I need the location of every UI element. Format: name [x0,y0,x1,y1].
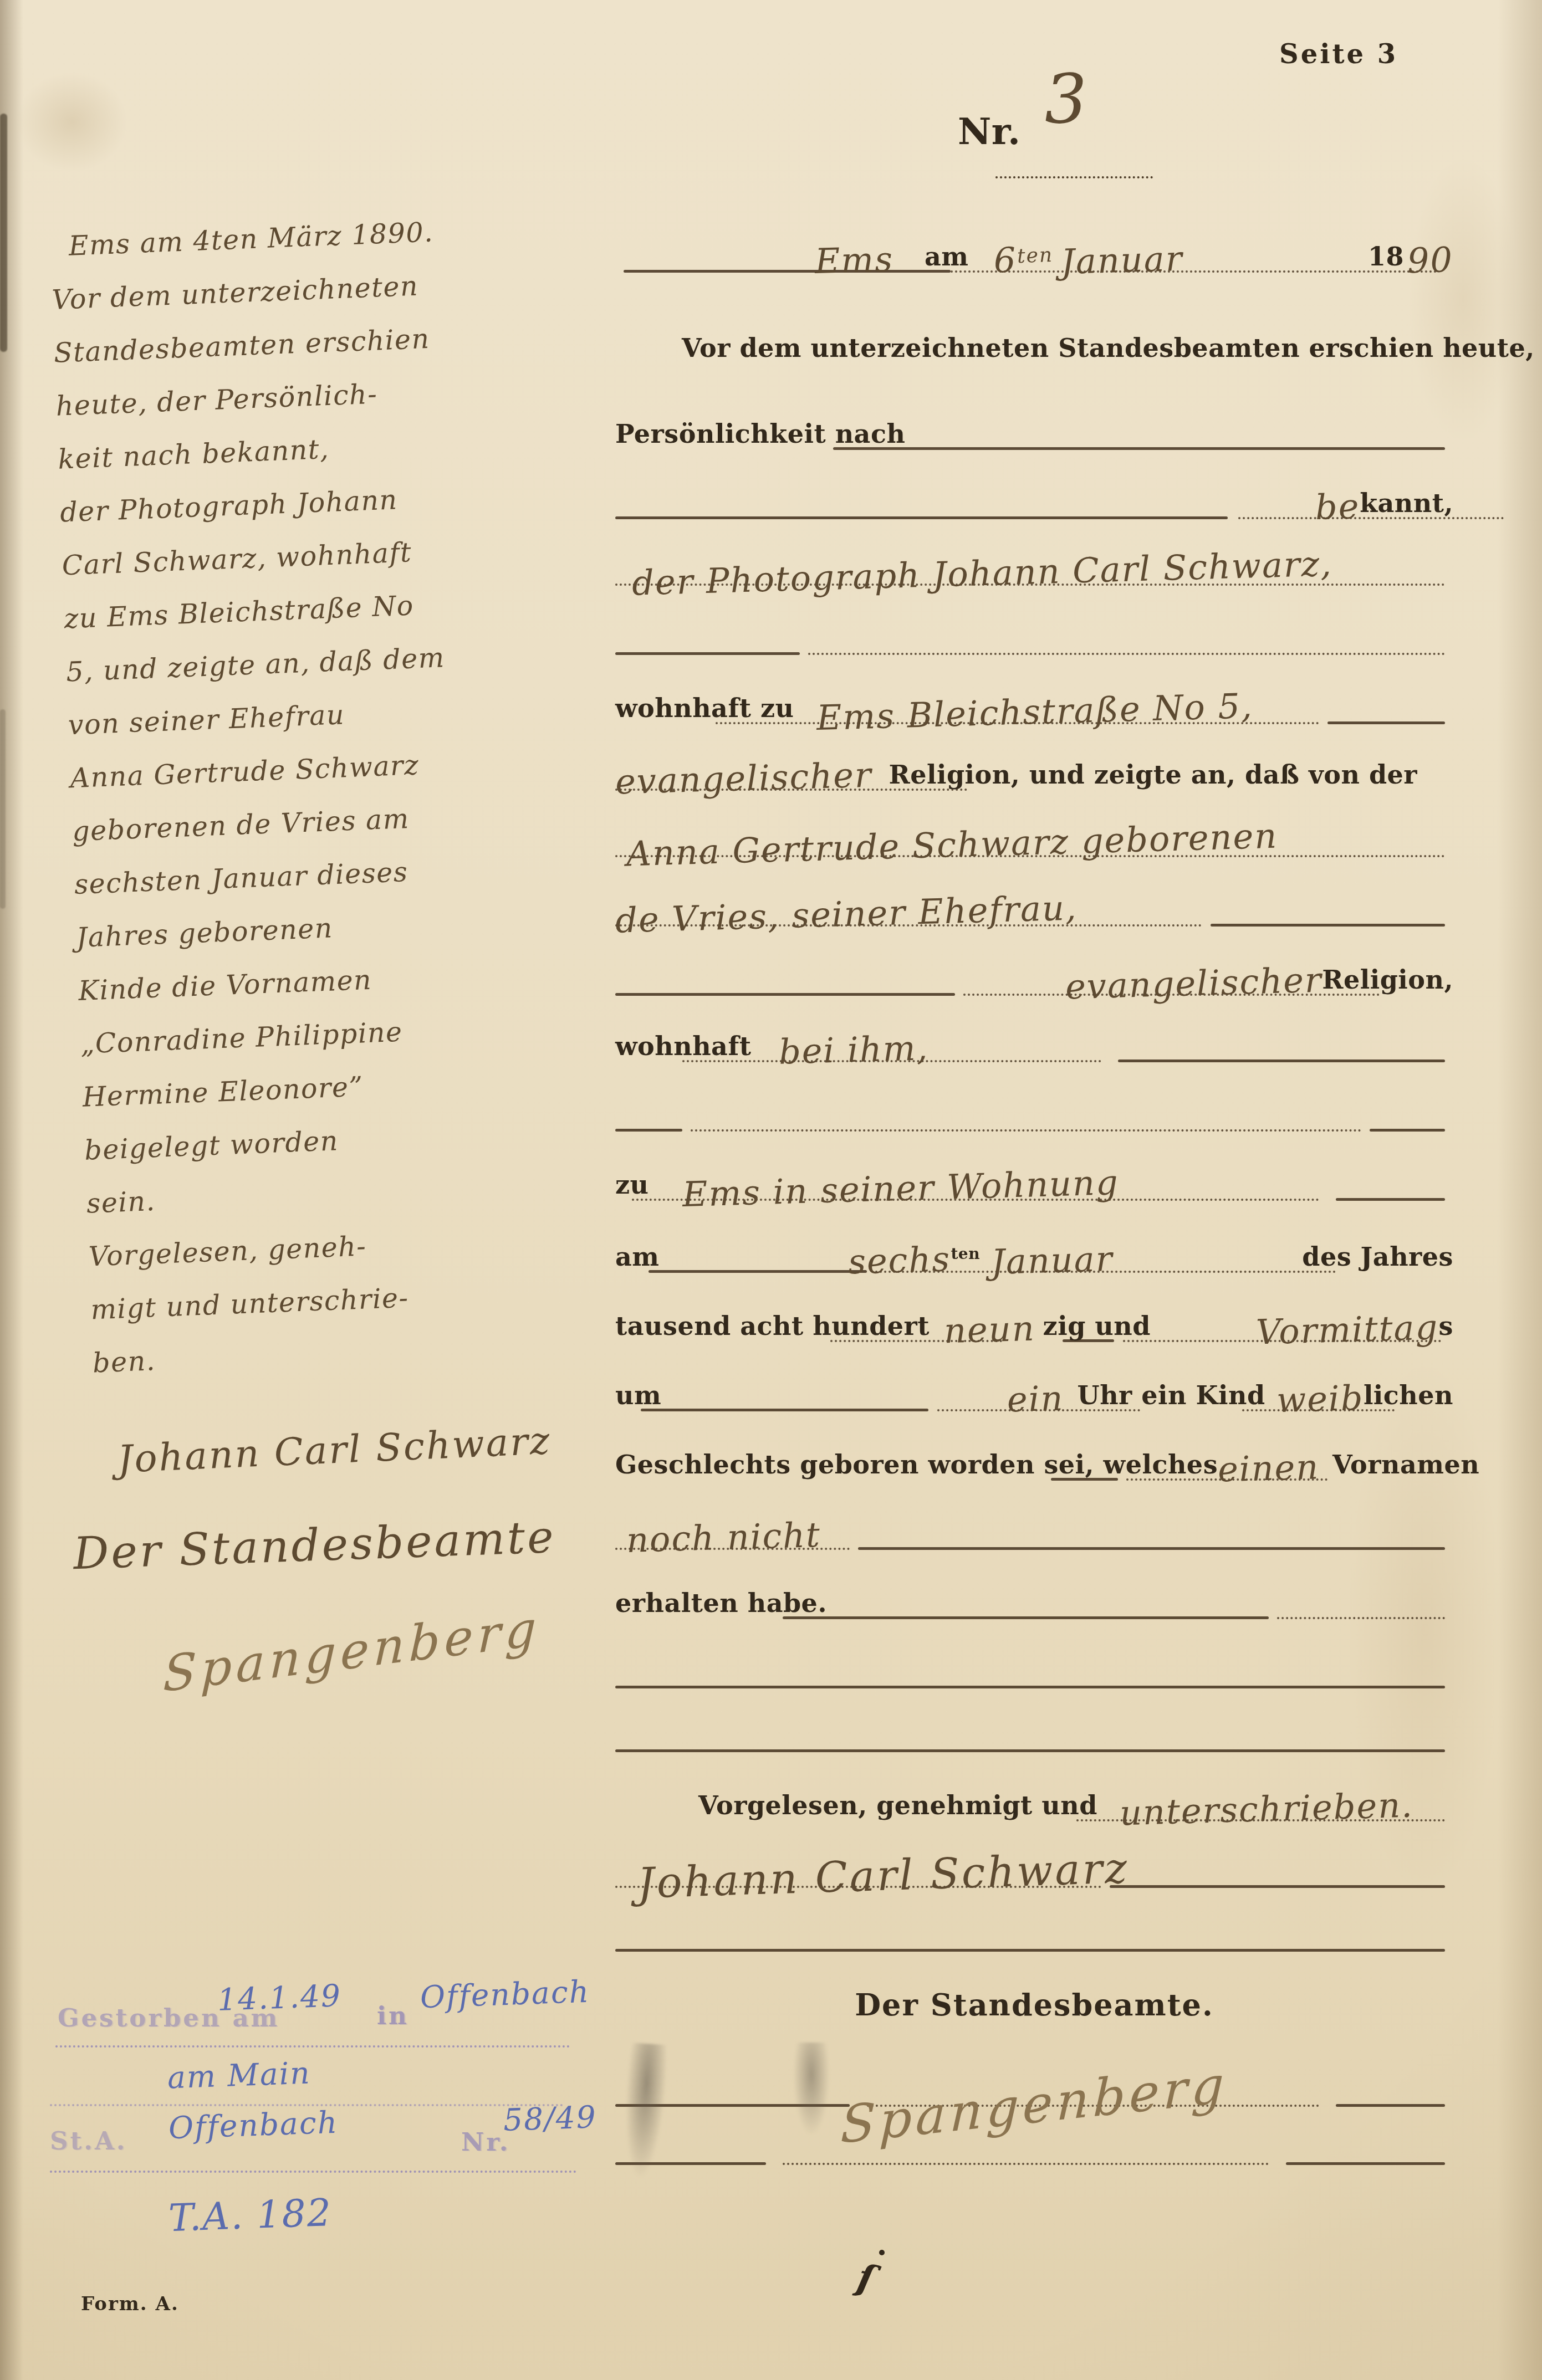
handwritten-text: der Photograph Johann Carl Schwarz, [631,543,1333,603]
form-line-22: Vorgelesen, genehmigt undunterschrieben. [615,1767,1453,1820]
record-number-rule [995,176,1153,178]
form-line-13: zuEms in seiner Wohnung [615,1147,1453,1200]
baseline-rule [1286,2162,1445,2165]
baseline-rule [833,447,1445,450]
form-line-5 [615,601,1453,654]
record-number-value: 3 [1043,59,1090,139]
printed-text: Religion, und zeigte an, daß von der [889,760,1417,790]
form-line-21 [615,1698,1453,1751]
printed-text: zu [615,1170,649,1200]
baseline-rule [951,270,1437,273]
handwritten-text: bei ihm, [779,1027,930,1072]
baseline-rule [1336,2104,1445,2107]
stamp-death-place: Offenbach [420,1974,590,2015]
form-line-4: der Photograph Johann Carl Schwarz, [615,531,1453,585]
handwritten-text: noch nicht [626,1514,821,1560]
form-line-26: Spangenberg [615,2053,1453,2106]
page-binding-edge [0,114,7,352]
ink-blot [794,2043,829,2134]
stamp-rule [50,2171,576,2173]
baseline-rule [1277,1617,1444,1619]
form-type-label: Form. A. [81,2293,179,2315]
baseline-rule [1110,1885,1445,1888]
handwritten-text: evangelischer [615,755,872,802]
printed-text: 18 [1368,242,1404,272]
stamp-rule [55,2045,570,2048]
baseline-rule [1118,1060,1445,1062]
form-line-19: erhalten habe. [615,1565,1453,1618]
form-line-2: Persönlichkeit nach [615,396,1453,449]
baseline-rule [615,652,800,655]
page-number: Seite 3 [1279,39,1398,70]
baseline-rule [783,2163,1269,2165]
form-line-17: Geschlechts geboren worden sei, welchese… [615,1426,1453,1480]
printed-text: Religion, [1322,965,1453,995]
registry-nr-value: 58/49 [503,2099,598,2138]
form-line-11: wohnhaftbei ihm, [615,1008,1453,1061]
printed-text: s [1439,1311,1453,1341]
printed-text: erhalten habe. [615,1588,827,1618]
form-line-7: evangelischerReligion, und zeigte an, da… [615,736,1453,790]
margin-note: Ems am 4ten März 1890.Vor dem unterzeich… [49,199,653,1390]
page-binding-edge [0,709,6,909]
printed-text: lichen [1364,1380,1453,1410]
baseline-rule [1211,924,1445,927]
handwritten-text: sechs [847,1238,951,1282]
baseline-rule [783,1616,1269,1619]
handwritten-text: Januar [1060,238,1183,282]
handwritten-text: einen [1217,1446,1320,1490]
handwritten-text: ein [1007,1378,1064,1420]
handwritten-text: Januar [990,1238,1114,1282]
form-line-24 [615,1897,1453,1951]
baseline-rule [858,1547,1444,1550]
handwritten-text: unterschrieben. [1119,1785,1414,1834]
death-registration-stamp: Gestorben am 14.1.49 in Offenbach am Mai… [50,1987,582,2264]
printed-text: wohnhaft [615,1031,751,1061]
baseline-rule [615,1949,1445,1952]
handwritten-text: weib [1276,1378,1364,1420]
stamp-death-date: 14.1.49 [217,1978,342,2018]
registry-office-label: St.A. [50,2126,127,2156]
form-line-8: Anna Gertrude Schwarz geborenen [615,803,1453,856]
printed-text: Der Standesbeamte. [855,1987,1213,2023]
printed-text: ten [951,1245,980,1263]
baseline-rule [1327,721,1445,724]
registry-nr-label: Nr. [461,2127,510,2157]
handwritten-text: Vormittag [1255,1307,1439,1352]
handwritten-text: 6 [993,239,1017,280]
printed-text: am [925,242,968,272]
printed-text: am [615,1242,659,1272]
printed-text: zig und [1043,1311,1151,1341]
stamp-place-line2: am Main [167,2055,312,2096]
handwritten-text: de Vries, seiner Ehefrau, [615,887,1078,940]
ink-mark: ſ [854,2255,878,2301]
printed-text: Uhr ein Kind [1078,1380,1265,1410]
form-line-6: wohnhaft zuEms Bleichstraße No 5, [615,670,1453,723]
printed-text: Geschlechts geboren worden sei, welches [615,1450,1218,1480]
baseline-rule [649,1270,866,1273]
handwritten-text: Ems Bleichstraße No 5, [816,685,1253,738]
form-line-12 [615,1077,1453,1130]
printed-text: wohnhaft zu [615,693,794,723]
printed-text: tausend acht hundert [615,1311,930,1341]
printed-text: Vornamen [1332,1450,1479,1480]
form-line-1: Vor dem unterzeichneten Standesbeamten e… [615,310,1453,363]
margin-signature-declarant: Johann Carl Schwarz [117,1419,552,1482]
form-line-10: evangelischerReligion, [615,941,1464,995]
baseline-rule [1370,1129,1445,1132]
form-line-14: amsechstenJanuardes Jahres [615,1219,1453,1272]
handwritten-text: Anna Gertrude Schwarz geborenen [626,816,1278,874]
civil-registry-birth-record-page: Seite 3 Nr. 3 Emsam6tenJanuar1890Vor dem… [0,0,1542,2380]
printed-text: Vorgelesen, genehmigt und [698,1790,1097,1820]
margin-official-role-label: Der Standesbeamte [73,1511,556,1579]
baseline-rule [691,1129,1361,1132]
printed-text: kannt, [1360,488,1453,518]
form-line-9: de Vries, seiner Ehefrau, [615,872,1453,925]
margin-signature-official: Spangenberg [162,1599,542,1703]
form-line-18: noch nicht [615,1496,1453,1549]
printed-text: Persönlichkeit nach [615,419,905,449]
handwritten-text: Ems [814,239,894,281]
baseline-rule [615,1686,1445,1688]
form-line-16: umeinUhr ein Kindweiblichen [615,1357,1462,1410]
form-line-3: bekannt, [615,465,1542,518]
handwritten-text: be [1315,486,1360,528]
form-line-25: Der Standesbeamte. [615,1969,1453,2023]
archive-file-note: T.A. 182 [168,2191,333,2240]
baseline-rule [808,653,1445,655]
baseline-rule [1336,1198,1445,1201]
handwritten-text: 90 [1407,239,1454,281]
handwritten-text: Ems in seiner Wohnung [682,1162,1119,1215]
baseline-rule [624,270,951,273]
form-line-15: tausend acht hundertneunzig undVormittag… [615,1288,1475,1341]
baseline-rule [615,516,1228,519]
printed-text: des Jahres [1302,1242,1453,1272]
stamp-in-label: in [377,2001,409,2030]
printed-text: um [615,1380,661,1410]
handwritten-text: ten [1017,244,1053,268]
baseline-rule [615,1749,1445,1752]
printed-text: Vor dem unterzeichneten Standesbeamten e… [682,333,1542,363]
ink-mark-dot [879,2250,885,2255]
record-number-label: Nr. [958,110,1021,153]
form-line-23: Johann Carl Schwarz [615,1834,1453,1887]
baseline-rule [615,993,955,996]
handwritten-text: neun [943,1308,1035,1352]
form-line-0: Emsam6tenJanuar1890 [615,218,1453,272]
registry-office-place: Offenbach [168,2105,339,2146]
paper-stain [17,72,127,172]
baseline-rule [641,1409,929,1411]
handwritten-text: evangelischer [1065,960,1323,1007]
form-line-20 [615,1634,1453,1687]
